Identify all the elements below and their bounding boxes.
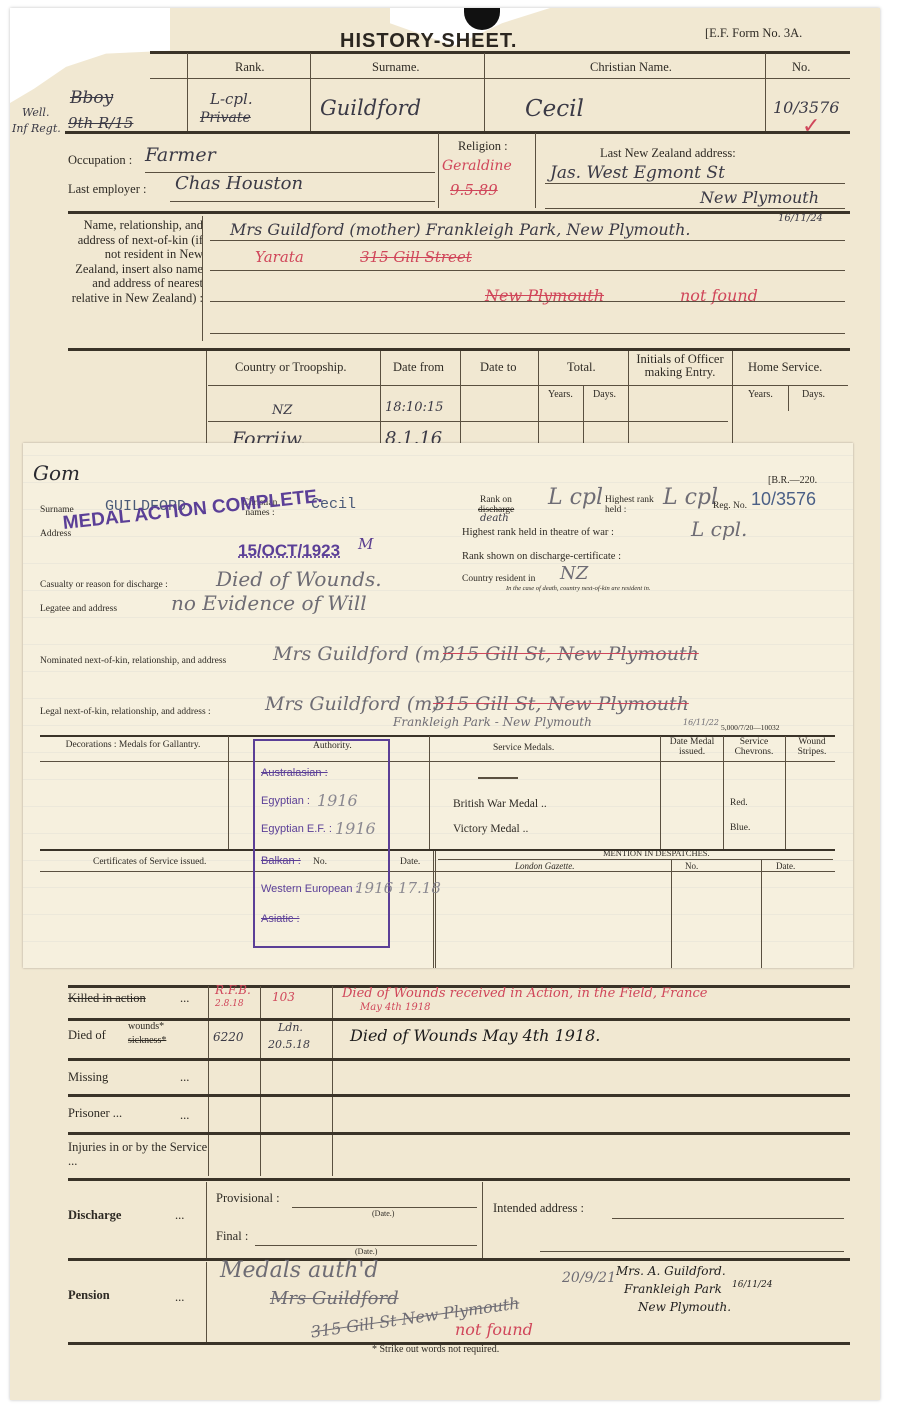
col-total: Total.: [567, 360, 596, 375]
final-label: Final :: [216, 1229, 248, 1244]
religion-value: Geraldine: [442, 158, 512, 174]
died-of-label: Died of: [68, 1028, 106, 1043]
nominated-label: Nominated next-of-kin, relationship, and…: [40, 656, 226, 666]
dots: ...: [175, 1208, 184, 1223]
killed-col-1: R.F.B.: [215, 983, 251, 997]
stamp-initials: M: [358, 535, 373, 553]
next-of-kin-date: 16/11/24: [778, 213, 823, 224]
footer-note: * Strike out words not required.: [372, 1344, 499, 1355]
rule: [765, 53, 766, 131]
authority-egyptian-ef-value: 1916: [335, 819, 376, 838]
pension-not-found: not found: [455, 1320, 533, 1339]
rank-on-death: death: [480, 513, 509, 524]
killed-col-1-date: 2.8.18: [215, 999, 244, 1009]
rule: [545, 208, 845, 209]
legatee-label: Legatee and address: [40, 604, 117, 614]
rule: [723, 736, 724, 849]
rule: [208, 421, 728, 422]
rule: [68, 1132, 850, 1135]
surname-value: Guildford: [320, 96, 421, 120]
authority-asiatic: Asiatic :: [261, 913, 300, 925]
last-nz-address-line-1: Jas. West Egmont St: [550, 163, 725, 183]
rule: [170, 201, 435, 202]
form-number: [E.F. Form No. 3A.: [705, 26, 802, 41]
injuries-label: Injuries in or by the Service ...: [68, 1140, 208, 1168]
rule: [210, 240, 845, 241]
rule: [68, 1094, 850, 1097]
rule: [761, 859, 762, 968]
rule: [206, 1262, 207, 1342]
discharge-label: Discharge: [68, 1208, 121, 1223]
rule: [438, 859, 833, 860]
rule: [583, 386, 584, 451]
medal-victory: Victory Medal ..: [453, 823, 528, 835]
reg-no-value: 10/3576: [751, 489, 816, 510]
nominated-value: Mrs Guildford (m): [273, 643, 448, 665]
last-employer-value: Chas Houston: [175, 173, 303, 194]
rule: [210, 270, 845, 271]
dots: ...: [180, 991, 189, 1006]
pension-address-3: New Plymouth.: [638, 1300, 731, 1314]
prisoner-label: Prisoner ...: [68, 1106, 122, 1121]
stamp-date: 15/OCT/1923: [238, 541, 340, 561]
desp-no-label: No.: [685, 861, 698, 871]
card-form-ref: [B.R.—220.: [768, 475, 817, 486]
rule: [310, 53, 311, 131]
wound-stripes-label: Wound Stripes.: [787, 737, 837, 757]
rule: [68, 1258, 850, 1261]
theatre-label: Highest rank held in theatre of war :: [462, 527, 614, 538]
service-medals-label: Service Medals.: [493, 743, 554, 753]
rule: [332, 986, 333, 1176]
rule: [68, 1178, 850, 1181]
killed-col-2: 103: [272, 990, 295, 1004]
col-total-years: Years.: [548, 389, 573, 400]
rule: [628, 351, 629, 451]
authority-stamp-box: Australasian : Egyptian : 1916 Egyptian …: [253, 739, 390, 948]
legal-value: Mrs Guildford (m): [265, 693, 440, 715]
decorations-label: Decorations : Medals for Gallantry.: [63, 740, 203, 750]
rule: [671, 859, 672, 968]
rule: [187, 53, 188, 131]
col-date-from: Date from: [393, 360, 444, 375]
rule: [438, 133, 439, 208]
authority-western-european-value: 1916 17.18: [355, 879, 441, 897]
col-home-days: Days.: [802, 389, 825, 400]
provisional-date-field: [292, 1207, 477, 1208]
chevron-red: Red.: [730, 798, 748, 808]
next-of-kin-label: Name, relationship, and address of next-…: [68, 218, 203, 305]
highest-rank-value: L cpl: [663, 485, 718, 510]
rule: [208, 986, 209, 1176]
final-date-field: [255, 1245, 477, 1246]
unit-struck-2: 9th R/15: [68, 114, 133, 132]
rank-struck: Private: [200, 110, 251, 126]
date-hint: (Date.): [355, 1247, 377, 1256]
col-total-days: Days.: [593, 389, 616, 400]
col-rank: Rank.: [235, 60, 265, 75]
col-christian-name: Christian Name.: [590, 60, 672, 75]
medal-card: Gom [B.R.—220. Surname GUILDFORD Christi…: [23, 443, 853, 968]
religion-label: Religion :: [458, 139, 508, 154]
authority-egyptian-ef: Egyptian E.F. :: [261, 823, 332, 835]
pension-address-date: 16/11/24: [732, 1280, 772, 1290]
pension-date: 20/9/21: [562, 1270, 616, 1286]
rule: [68, 1018, 850, 1021]
nominated-struck: 315 Gill St, New Plymouth: [443, 643, 699, 665]
rule: [538, 351, 539, 451]
pension-line-1: Medals auth'd: [220, 1258, 379, 1283]
occupation-value: Farmer: [145, 144, 216, 166]
print-ref: 5,000/7/20—10032: [721, 723, 780, 732]
rule: [545, 183, 845, 184]
authority-egyptian-value: 1916: [317, 791, 358, 810]
religion-date: 9.5.89: [450, 181, 498, 199]
service-row-1-date: 18:10:15: [385, 400, 443, 415]
col-home-years: Years.: [748, 389, 773, 400]
rule: [482, 1182, 483, 1258]
country-label: Country resident in: [462, 574, 535, 584]
next-of-kin-line-1: Mrs Guildford (mother) Frankleigh Park, …: [230, 220, 690, 239]
rule: [260, 986, 261, 1176]
pension-line-2: Mrs Guildford: [270, 1288, 399, 1309]
rule: [68, 1058, 850, 1061]
last-nz-address-label: Last New Zealand address:: [600, 146, 736, 161]
pension-address-1: Mrs. A. Guildford.: [616, 1264, 726, 1278]
authority-australasian: Australasian :: [261, 767, 328, 779]
country-note: In the case of death, country next-of-ki…: [506, 585, 650, 592]
not-found-note: not found: [680, 286, 758, 305]
rule: [228, 736, 229, 849]
legal-date: 16/11/22: [683, 718, 719, 727]
killed-in-action-label: Killed in action: [68, 991, 146, 1006]
country-value: NZ: [560, 563, 588, 584]
medal-british-war: British War Medal ..: [453, 798, 547, 810]
card-initials: Gom: [33, 461, 80, 485]
rule: [206, 1182, 207, 1258]
rule: [380, 351, 381, 451]
unit-note: Well.: [22, 106, 49, 119]
col-officer-initials: Initials of Officer making Entry.: [632, 353, 728, 379]
rule: [460, 351, 461, 451]
rule: [788, 386, 789, 411]
dots: ...: [180, 1070, 189, 1085]
intended-address-field-2: [540, 1251, 844, 1252]
rule: [65, 131, 850, 134]
rule: [429, 736, 430, 849]
christian-name-value: Cecil: [525, 96, 584, 122]
rule: [150, 51, 850, 54]
intended-address-label: Intended address :: [493, 1201, 584, 1216]
col-date-to: Date to: [480, 360, 516, 375]
provisional-label: Provisional :: [216, 1191, 280, 1206]
pension-label: Pension: [68, 1288, 110, 1303]
rule: [40, 871, 835, 872]
missing-label: Missing: [68, 1070, 108, 1085]
rule: [210, 301, 845, 302]
legatee-value: no Evidence of Will: [171, 591, 367, 615]
legal-new-address: Frankleigh Park - New Plymouth: [393, 715, 592, 729]
date-issued-label: Date Medal issued.: [663, 737, 721, 757]
last-nz-address-line-2: New Plymouth: [700, 188, 819, 207]
died-col-2-date: 20.5.18: [268, 1038, 310, 1051]
last-employer-label: Last employer :: [68, 182, 146, 197]
service-row-1-country: NZ: [272, 403, 292, 418]
check-icon: ✓: [802, 113, 820, 139]
gazette-label: London Gazette.: [515, 861, 575, 871]
rule: [206, 351, 207, 451]
rule: [732, 351, 733, 451]
rule: [484, 53, 485, 131]
dots: ...: [175, 1290, 184, 1305]
killed-text: Died of Wounds received in Action, in th…: [342, 986, 707, 1001]
rank-on-value: L cpl: [548, 485, 603, 510]
intended-address-field: [612, 1218, 844, 1219]
col-surname: Surname.: [372, 60, 420, 75]
despatches-label: MENTION IN DESPATCHES.: [603, 848, 710, 858]
dots: ...: [180, 1108, 189, 1123]
chevrons-label: Service Chevrons.: [725, 737, 783, 757]
certificates-label: Certificates of Service issued.: [93, 857, 206, 867]
next-of-kin-struck-address: 315 Gill Street: [360, 248, 472, 266]
authority-balkan: Balkan :: [261, 855, 301, 867]
next-of-kin-line-2: Yarata: [255, 248, 304, 266]
reg-no-label: Reg. No.: [713, 501, 747, 511]
unit-note-2: Inf Regt.: [12, 122, 61, 135]
discharge-cert-label: Rank shown on discharge-certificate :: [462, 551, 621, 562]
wounds-label: wounds*: [128, 1021, 164, 1032]
col-no: No.: [792, 60, 810, 75]
rule: [40, 849, 835, 851]
legal-label: Legal next-of-kin, relationship, and add…: [40, 707, 211, 717]
died-text: Died of Wounds May 4th 1918.: [350, 1026, 600, 1045]
rule: [660, 736, 661, 849]
unit-struck: Bboy: [70, 88, 113, 108]
highest-rank-label: Highest rank held :: [605, 495, 665, 515]
theatre-value: L cpl.: [691, 517, 747, 541]
authority-western-european: Western European :: [261, 883, 359, 895]
col-home-service: Home Service.: [748, 360, 822, 375]
cert-date-label: Date.: [400, 857, 420, 867]
next-of-kin-struck-city: New Plymouth: [485, 286, 604, 305]
casualty-label: Casualty or reason for discharge :: [40, 580, 168, 590]
rule: [40, 761, 835, 762]
occupation-label: Occupation :: [68, 153, 132, 168]
legal-struck: 315 Gill St, New Plymouth: [433, 693, 689, 715]
rule: [150, 78, 850, 79]
dash: [478, 777, 518, 779]
rule: [785, 736, 786, 849]
chevron-blue: Blue.: [730, 823, 750, 833]
killed-text-date: May 4th 1918: [360, 1002, 430, 1013]
rule: [210, 333, 845, 334]
died-col-2: Ldn.: [278, 1021, 303, 1034]
date-hint: (Date.): [372, 1209, 394, 1218]
rule: [208, 385, 848, 386]
rule: [535, 133, 536, 208]
page-title: HISTORY-SHEET.: [340, 30, 517, 53]
rank-value: L-cpl.: [210, 90, 253, 108]
col-country-troopship: Country or Troopship.: [235, 360, 346, 375]
casualty-value: Died of Wounds.: [216, 567, 382, 591]
pension-address-2: Frankleigh Park: [624, 1282, 722, 1296]
authority-egyptian: Egyptian :: [261, 795, 310, 807]
desp-date-label: Date.: [776, 861, 795, 871]
rule: [202, 216, 203, 341]
rank-on-label: Rank on: [480, 495, 512, 505]
sickness-label: sickness*: [128, 1035, 166, 1046]
rule: [68, 211, 850, 214]
rule: [433, 851, 436, 968]
died-col-1: 6220: [213, 1030, 244, 1044]
